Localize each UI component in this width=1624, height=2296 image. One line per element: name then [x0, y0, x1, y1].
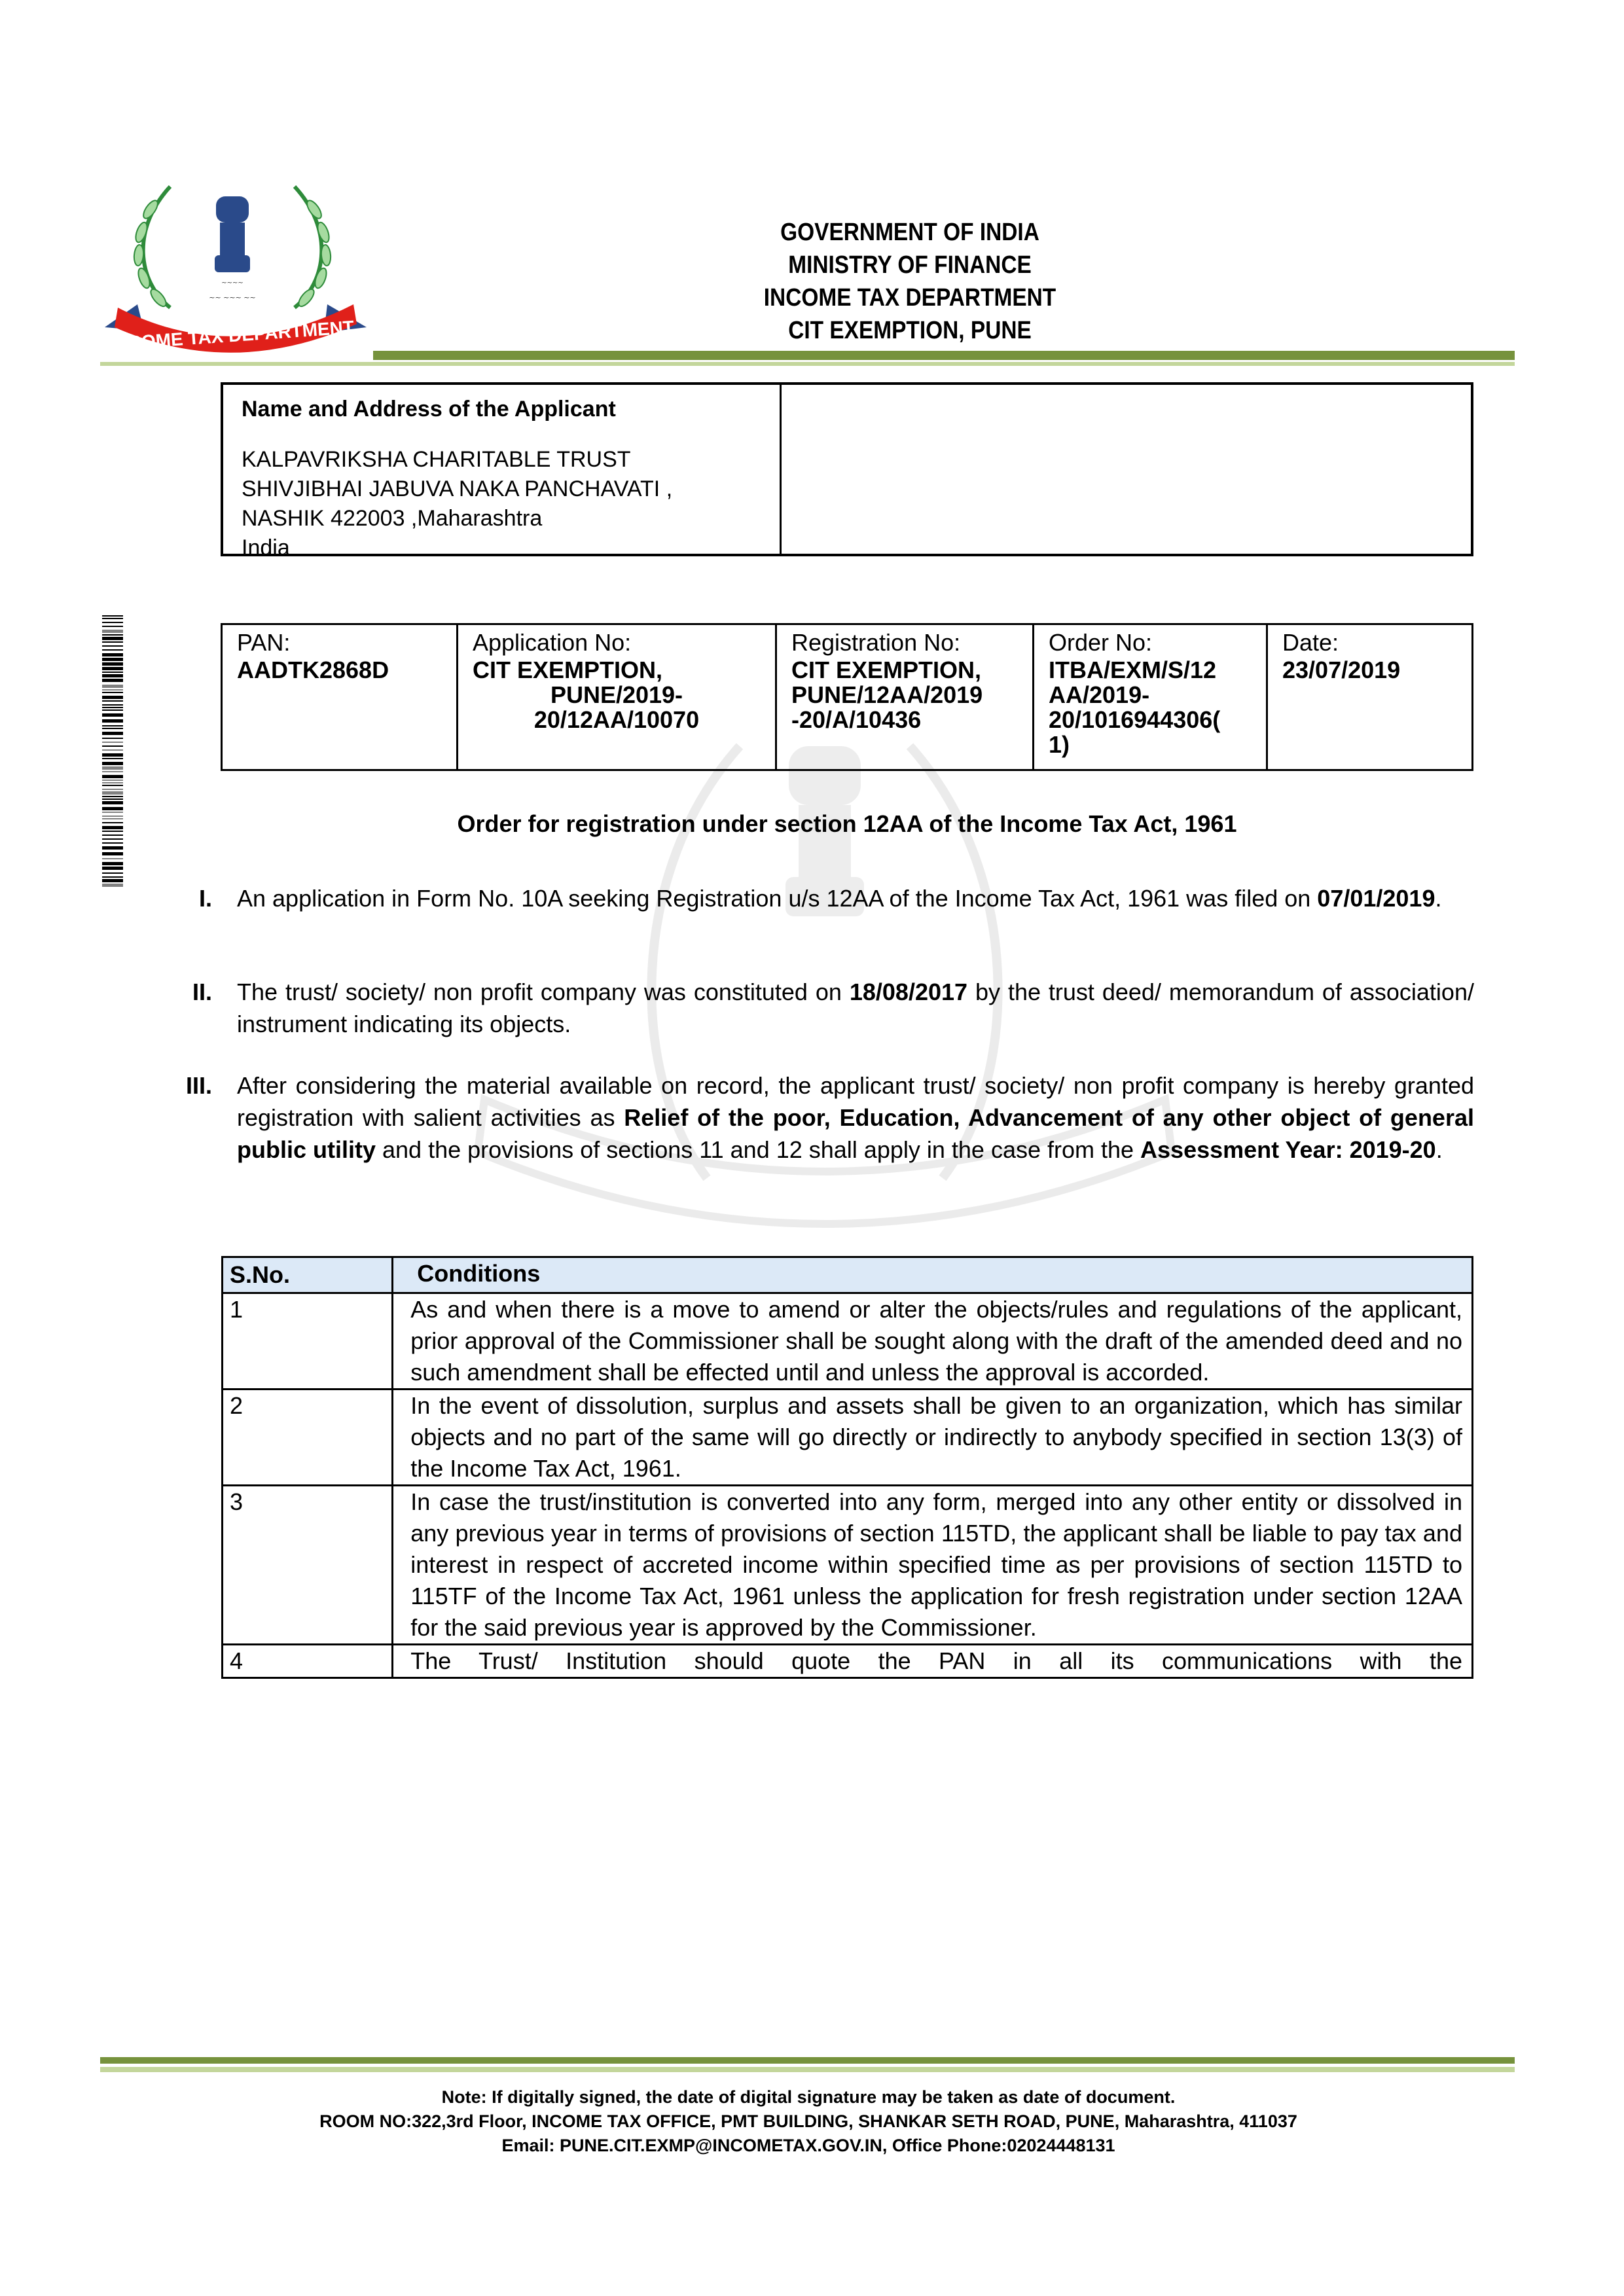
table-row: 3 In case the trust/institution is conve…: [223, 1486, 1473, 1645]
registration-no-label: Registration No:: [791, 630, 1018, 655]
body-text: An application in Form No. 10A seeking R…: [237, 885, 1317, 912]
emphasis-text: Assessment Year: 2019-20: [1140, 1136, 1436, 1163]
condition-cell: In case the trust/institution is convert…: [393, 1486, 1473, 1645]
footer-address: ROOM NO:322,3rd Floor, INCOME TAX OFFICE…: [98, 2109, 1519, 2134]
body-text: and the provisions of sections 11 and 12…: [376, 1136, 1140, 1163]
paragraph-number: II.: [171, 976, 237, 1040]
emphasis-text: 07/01/2019: [1317, 885, 1435, 912]
conditions-header-row: S.No. Conditions: [223, 1257, 1473, 1293]
applicant-details: Name and Address of the Applicant KALPAV…: [223, 385, 782, 554]
applicant-address: KALPAVRIKSHA CHARITABLE TRUST SHIVJIBHAI…: [242, 445, 761, 563]
date-value: 23/07/2019: [1282, 658, 1457, 683]
footer-rule-dark: [100, 2057, 1515, 2064]
table-row: 2 In the event of dissolution, surplus a…: [223, 1390, 1473, 1486]
condition-cell: As and when there is a move to amend or …: [393, 1293, 1473, 1390]
sno-cell: 3: [223, 1486, 393, 1645]
barcode: [98, 610, 127, 891]
value-line: PUNE/2019-: [473, 683, 761, 708]
address-line: India: [242, 533, 761, 563]
footer-note: Note: If digitally signed, the date of d…: [98, 2085, 1519, 2109]
conditions-table: S.No. Conditions 1 As and when there is …: [221, 1256, 1473, 1679]
footer-rule-light: [100, 2067, 1515, 2072]
order-no-value: ITBA/EXM/S/12 AA/2019- 20/1016944306( 1): [1049, 658, 1252, 757]
conditions-header: Conditions: [393, 1257, 1473, 1293]
sno-cell: 4: [223, 1645, 393, 1678]
date-cell: Date: 23/07/2019: [1268, 625, 1471, 769]
value-line: 1): [1049, 732, 1252, 757]
paragraph-text: After considering the material available…: [237, 1069, 1474, 1166]
pan-label: PAN:: [237, 630, 442, 655]
condition-cell: The Trust/ Institution should quote the …: [393, 1645, 1473, 1678]
application-no-label: Application No:: [473, 630, 761, 655]
paragraph-text: An application in Form No. 10A seeking R…: [237, 882, 1474, 914]
condition-cell: In the event of dissolution, surplus and…: [393, 1390, 1473, 1486]
header-line-department: INCOME TAX DEPARTMENT: [708, 281, 1111, 314]
value-line: ITBA/EXM/S/12: [1049, 658, 1252, 683]
paragraph-i: I. An application in Form No. 10A seekin…: [171, 882, 1474, 914]
body-text: .: [1435, 885, 1441, 912]
registration-no-value: CIT EXEMPTION, PUNE/12AA/2019 -20/A/1043…: [791, 658, 1018, 732]
application-no-value: CIT EXEMPTION, PUNE/2019- 20/12AA/10070: [473, 658, 761, 732]
pan-value: AADTK2868D: [237, 658, 442, 683]
document-header: GOVERNMENT OF INDIA MINISTRY OF FINANCE …: [681, 216, 1139, 347]
value-line: -20/A/10436: [791, 708, 1018, 732]
value-line: PUNE/12AA/2019: [791, 683, 1018, 708]
header-line-government: GOVERNMENT OF INDIA: [708, 216, 1111, 249]
date-label: Date:: [1282, 630, 1457, 655]
header-line-ministry: MINISTRY OF FINANCE: [708, 249, 1111, 281]
income-tax-department-logo: ~~~~ ~~ ~~~ ~~ INCOME TAX DEPARTMENT: [98, 170, 373, 360]
header-rule-light: [100, 362, 1515, 366]
pan-cell: PAN: AADTK2868D: [223, 625, 458, 769]
footer-contact: Email: PUNE.CIT.EXMP@INCOMETAX.GOV.IN, O…: [98, 2134, 1519, 2158]
paragraph-iii: III. After considering the material avai…: [171, 1069, 1474, 1166]
value-line: CIT EXEMPTION,: [473, 658, 761, 683]
svg-text:~~ ~~~ ~~: ~~ ~~~ ~~: [209, 293, 256, 302]
address-line: KALPAVRIKSHA CHARITABLE TRUST: [242, 445, 761, 475]
value-line: CIT EXEMPTION,: [791, 658, 1018, 683]
registration-no-cell: Registration No: CIT EXEMPTION, PUNE/12A…: [777, 625, 1034, 769]
svg-text:~~~~: ~~~~: [221, 279, 244, 287]
order-title: Order for registration under section 12A…: [221, 810, 1473, 838]
value-line: 20/1016944306(: [1049, 708, 1252, 732]
value-line: AA/2019-: [1049, 683, 1252, 708]
body-text: The trust/ society/ non profit company w…: [237, 978, 850, 1005]
paragraph-ii: II. The trust/ society/ non profit compa…: [171, 976, 1474, 1040]
paragraph-text: The trust/ society/ non profit company w…: [237, 976, 1474, 1040]
header-line-office: CIT EXEMPTION, PUNE: [708, 314, 1111, 347]
paragraph-number: I.: [171, 882, 237, 914]
table-row: 4 The Trust/ Institution should quote th…: [223, 1645, 1473, 1678]
sno-cell: 1: [223, 1293, 393, 1390]
applicant-label: Name and Address of the Applicant: [242, 394, 761, 424]
address-line: SHIVJIBHAI JABUVA NAKA PANCHAVATI ,: [242, 475, 761, 504]
sno-header: S.No.: [223, 1257, 393, 1293]
footer: Note: If digitally signed, the date of d…: [98, 2085, 1519, 2158]
body-text: .: [1436, 1136, 1443, 1163]
order-no-label: Order No:: [1049, 630, 1252, 655]
table-row: 1 As and when there is a move to amend o…: [223, 1293, 1473, 1390]
emphasis-text: 18/08/2017: [850, 978, 967, 1005]
address-line: NASHIK 422003 ,Maharashtra: [242, 504, 761, 533]
order-info-table: PAN: AADTK2868D Application No: CIT EXEM…: [221, 623, 1473, 771]
applicant-box: Name and Address of the Applicant KALPAV…: [221, 382, 1473, 556]
application-no-cell: Application No: CIT EXEMPTION, PUNE/2019…: [458, 625, 777, 769]
sno-cell: 2: [223, 1390, 393, 1486]
value-line: 20/12AA/10070: [473, 708, 761, 732]
order-no-cell: Order No: ITBA/EXM/S/12 AA/2019- 20/1016…: [1034, 625, 1268, 769]
paragraph-number: III.: [171, 1069, 237, 1166]
